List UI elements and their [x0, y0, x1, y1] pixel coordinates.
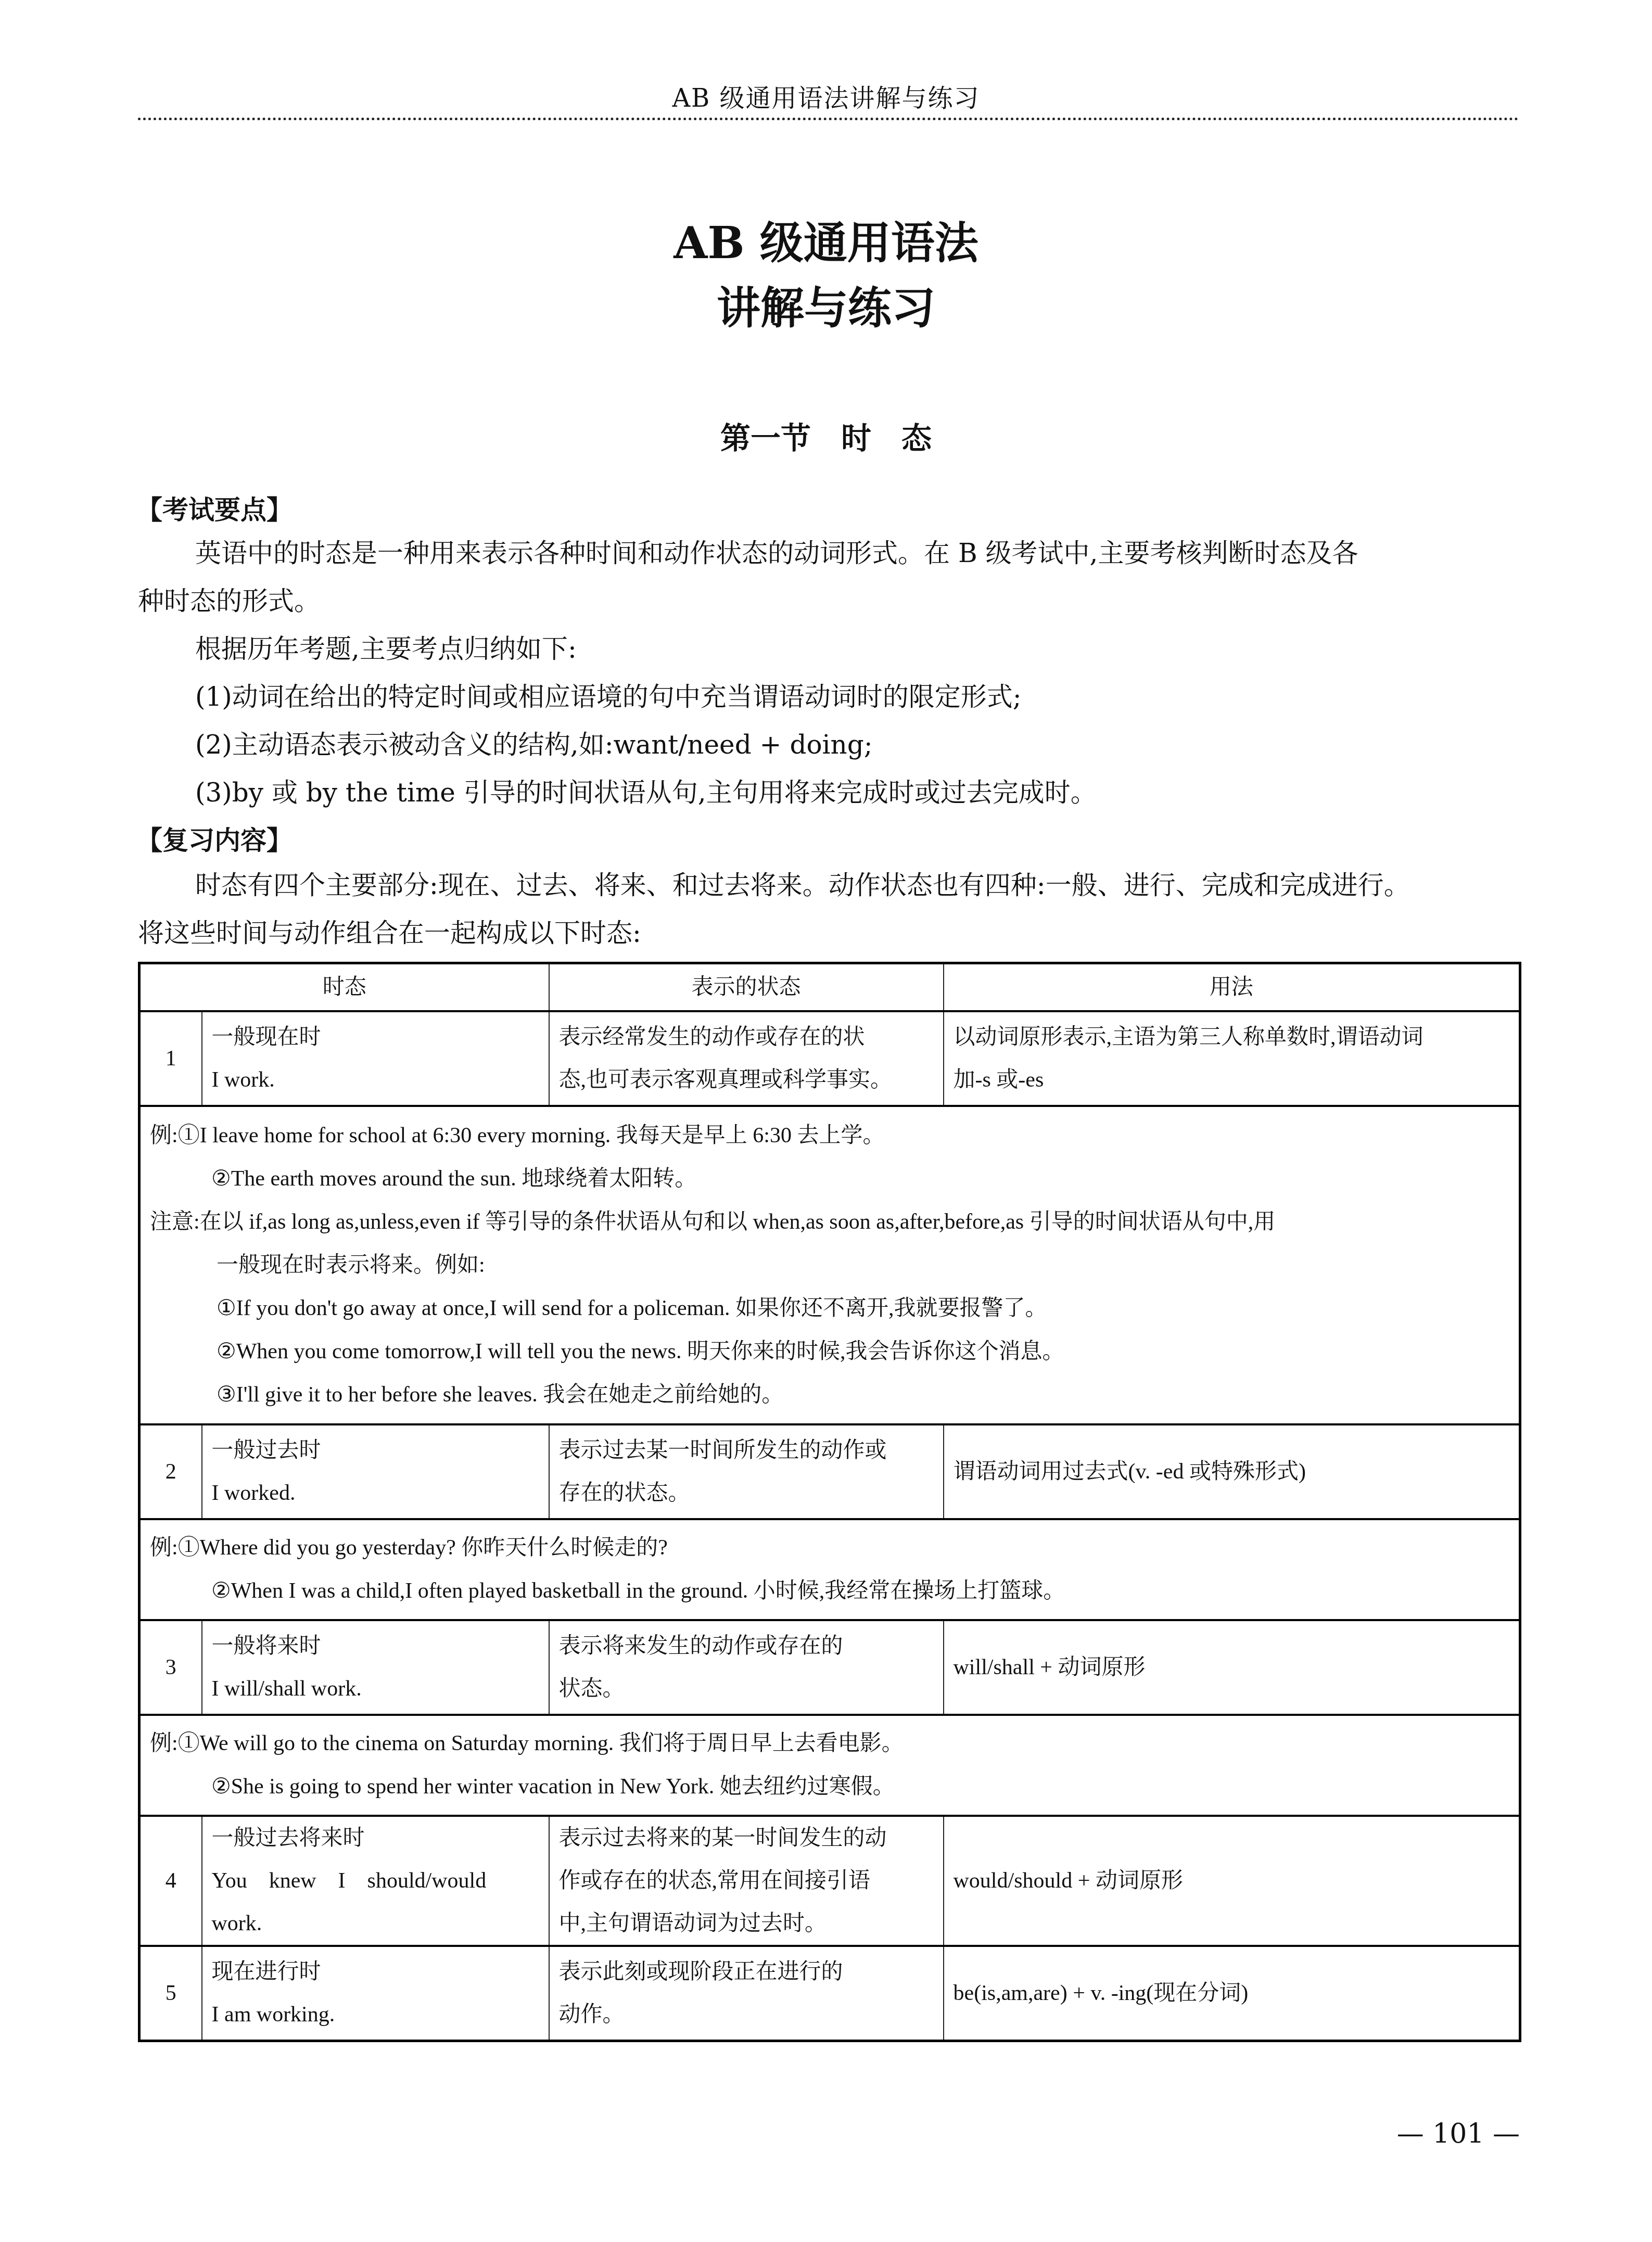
- summary-line: 根据历年考题,主要考点归纳如下:: [138, 625, 1519, 673]
- example-line: ③I'll give it to her before she leaves. …: [150, 1373, 1509, 1417]
- example-line: 例:①I leave home for school at 6:30 every…: [150, 1114, 1509, 1157]
- table-row: 5 现在进行时 I am working. 表示此刻或现阶段正在进行的 动作。 …: [139, 1946, 1520, 2041]
- state-text: 作或存在的状态,常用在间接引语: [559, 1859, 934, 1902]
- review-body: 时态有四个主要部分:现在、过去、将来、和过去将来。动作状态也有四种:一般、进行、…: [138, 861, 1519, 957]
- tense-name: 一般现在时: [212, 1016, 539, 1059]
- state-cell: 表示将来发生的动作或存在的 状态。: [549, 1620, 944, 1715]
- state-text: 动作。: [559, 1993, 934, 2036]
- state-text: 表示过去某一时间所发生的动作或: [559, 1429, 934, 1472]
- row-number: 4: [139, 1816, 202, 1946]
- page-title-line2: 讲解与练习: [0, 273, 1652, 336]
- tense-example: I will/shall work.: [212, 1667, 539, 1710]
- state-cell: 表示此刻或现阶段正在进行的 动作。: [549, 1946, 944, 2041]
- note-line: 注意:在以 if,as long as,unless,even if 等引导的条…: [150, 1201, 1509, 1244]
- state-text: 表示此刻或现阶段正在进行的: [559, 1951, 934, 1993]
- tense-example: I work.: [212, 1059, 539, 1101]
- example-row: 例:①Where did you go yesterday? 你昨天什么时候走的…: [139, 1519, 1520, 1620]
- usage-cell: be(is,am,are) + v. -ing(现在分词): [944, 1946, 1520, 2041]
- usage-cell: 以动词原形表示,主语为第三人称单数时,谓语动词 加-s 或-es: [944, 1011, 1520, 1106]
- state-cell: 表示过去将来的某一时间发生的动 作或存在的状态,常用在间接引语 中,主句谓语动词…: [549, 1816, 944, 1946]
- examples-cell: 例:①Where did you go yesterday? 你昨天什么时候走的…: [139, 1519, 1520, 1620]
- example-row: 例:①We will go to the cinema on Saturday …: [139, 1715, 1520, 1816]
- state-text: 状态。: [559, 1667, 934, 1710]
- example-line: ②When I was a child,I often played baske…: [150, 1570, 1509, 1613]
- table-header-row: 时态 表示的状态 用法: [139, 963, 1520, 1012]
- review-line-1: 时态有四个主要部分:现在、过去、将来、和过去将来。动作状态也有四种:一般、进行、…: [138, 861, 1519, 909]
- usage-text: 加-s 或-es: [954, 1059, 1510, 1101]
- state-cell: 表示经常发生的动作或存在的状 态,也可表示客观真理或科学事实。: [549, 1011, 944, 1106]
- intro-line-2: 种时态的形式。: [138, 577, 1519, 625]
- tense-cell: 一般过去将来时 You knew I should/would work.: [202, 1816, 549, 1946]
- table-row: 3 一般将来时 I will/shall work. 表示将来发生的动作或存在的…: [139, 1620, 1520, 1715]
- point-2: (2)主动语态表示被动含义的结构,如:want/need + doing;: [138, 721, 1519, 769]
- usage-cell: would/should + 动词原形: [944, 1816, 1520, 1946]
- tense-cell: 一般过去时 I worked.: [202, 1424, 549, 1519]
- tense-example: I worked.: [212, 1472, 539, 1514]
- state-text: 中,主句谓语动词为过去时。: [559, 1902, 934, 1945]
- header-usage: 用法: [944, 963, 1520, 1012]
- row-number: 1: [139, 1011, 202, 1106]
- section-title: 第一节 时 态: [0, 414, 1652, 457]
- example-line: 例:①We will go to the cinema on Saturday …: [150, 1722, 1509, 1765]
- table-row: 4 一般过去将来时 You knew I should/would work. …: [139, 1816, 1520, 1946]
- exam-points-body: 英语中的时态是一种用来表示各种时间和动作状态的动词形式。在 B 级考试中,主要考…: [138, 529, 1519, 817]
- tense-cell: 现在进行时 I am working.: [202, 1946, 549, 2041]
- review-line-2: 将这些时间与动作组合在一起构成以下时态:: [138, 909, 1519, 957]
- usage-cell: 谓语动词用过去式(v. -ed 或特殊形式): [944, 1424, 1520, 1519]
- examples-cell: 例:①I leave home for school at 6:30 every…: [139, 1106, 1520, 1424]
- usage-text: 谓语动词用过去式(v. -ed 或特殊形式): [954, 1450, 1510, 1493]
- example-line: ②The earth moves around the sun. 地球绕着太阳转…: [150, 1157, 1509, 1201]
- state-text: 态,也可表示客观真理或科学事实。: [559, 1059, 934, 1101]
- usage-text: 以动词原形表示,主语为第三人称单数时,谓语动词: [954, 1016, 1510, 1059]
- example-line: ①If you don't go away at once,I will sen…: [150, 1287, 1509, 1330]
- tense-cell: 一般现在时 I work.: [202, 1011, 549, 1106]
- state-cell: 表示过去某一时间所发生的动作或 存在的状态。: [549, 1424, 944, 1519]
- tense-name: 一般过去将来时: [212, 1817, 539, 1859]
- usage-cell: will/shall + 动词原形: [944, 1620, 1520, 1715]
- page-number: — 101 —: [1395, 2118, 1520, 2149]
- row-number: 3: [139, 1620, 202, 1715]
- exam-points-label: 【考试要点】: [136, 489, 293, 527]
- header-tense: 时态: [139, 963, 549, 1012]
- review-label: 【复习内容】: [136, 820, 293, 857]
- tense-name: 现在进行时: [212, 1951, 539, 1993]
- intro-line-1: 英语中的时态是一种用来表示各种时间和动作状态的动词形式。在 B 级考试中,主要考…: [138, 529, 1519, 577]
- table-row: 1 一般现在时 I work. 表示经常发生的动作或存在的状 态,也可表示客观真…: [139, 1011, 1520, 1106]
- usage-text: be(is,am,are) + v. -ing(现在分词): [954, 1972, 1510, 2015]
- state-text: 表示过去将来的某一时间发生的动: [559, 1817, 934, 1859]
- example-line: ②When you come tomorrow,I will tell you …: [150, 1330, 1509, 1373]
- state-text: 存在的状态。: [559, 1472, 934, 1514]
- tense-example: You knew I should/would: [212, 1859, 539, 1902]
- tense-example: work.: [212, 1902, 539, 1945]
- example-row: 例:①I leave home for school at 6:30 every…: [139, 1106, 1520, 1424]
- usage-text: would/should + 动词原形: [954, 1859, 1510, 1902]
- tense-table: 时态 表示的状态 用法 1 一般现在时 I work. 表示经常发生的动作或存在…: [138, 962, 1521, 2042]
- note-line: 一般现在时表示将来。例如:: [150, 1244, 1509, 1287]
- tense-name: 一般将来时: [212, 1625, 539, 1667]
- examples-cell: 例:①We will go to the cinema on Saturday …: [139, 1715, 1520, 1816]
- tense-name: 一般过去时: [212, 1429, 539, 1472]
- point-3: (3)by 或 by the time 引导的时间状语从句,主句用将来完成时或过…: [138, 769, 1519, 817]
- running-header: AB 级通用语法讲解与练习: [0, 78, 1652, 114]
- row-number: 2: [139, 1424, 202, 1519]
- header-divider: [138, 118, 1519, 120]
- table-row: 2 一般过去时 I worked. 表示过去某一时间所发生的动作或 存在的状态。…: [139, 1424, 1520, 1519]
- page-title-line1: AB 级通用语法: [0, 208, 1652, 271]
- usage-text: will/shall + 动词原形: [954, 1646, 1510, 1689]
- tense-example: I am working.: [212, 1993, 539, 2036]
- state-text: 表示经常发生的动作或存在的状: [559, 1016, 934, 1059]
- example-line: 例:①Where did you go yesterday? 你昨天什么时候走的…: [150, 1526, 1509, 1570]
- header-state: 表示的状态: [549, 963, 944, 1012]
- tense-cell: 一般将来时 I will/shall work.: [202, 1620, 549, 1715]
- point-1: (1)动词在给出的特定时间或相应语境的句中充当谓语动词时的限定形式;: [138, 673, 1519, 721]
- row-number: 5: [139, 1946, 202, 2041]
- state-text: 表示将来发生的动作或存在的: [559, 1625, 934, 1667]
- example-line: ②She is going to spend her winter vacati…: [150, 1765, 1509, 1808]
